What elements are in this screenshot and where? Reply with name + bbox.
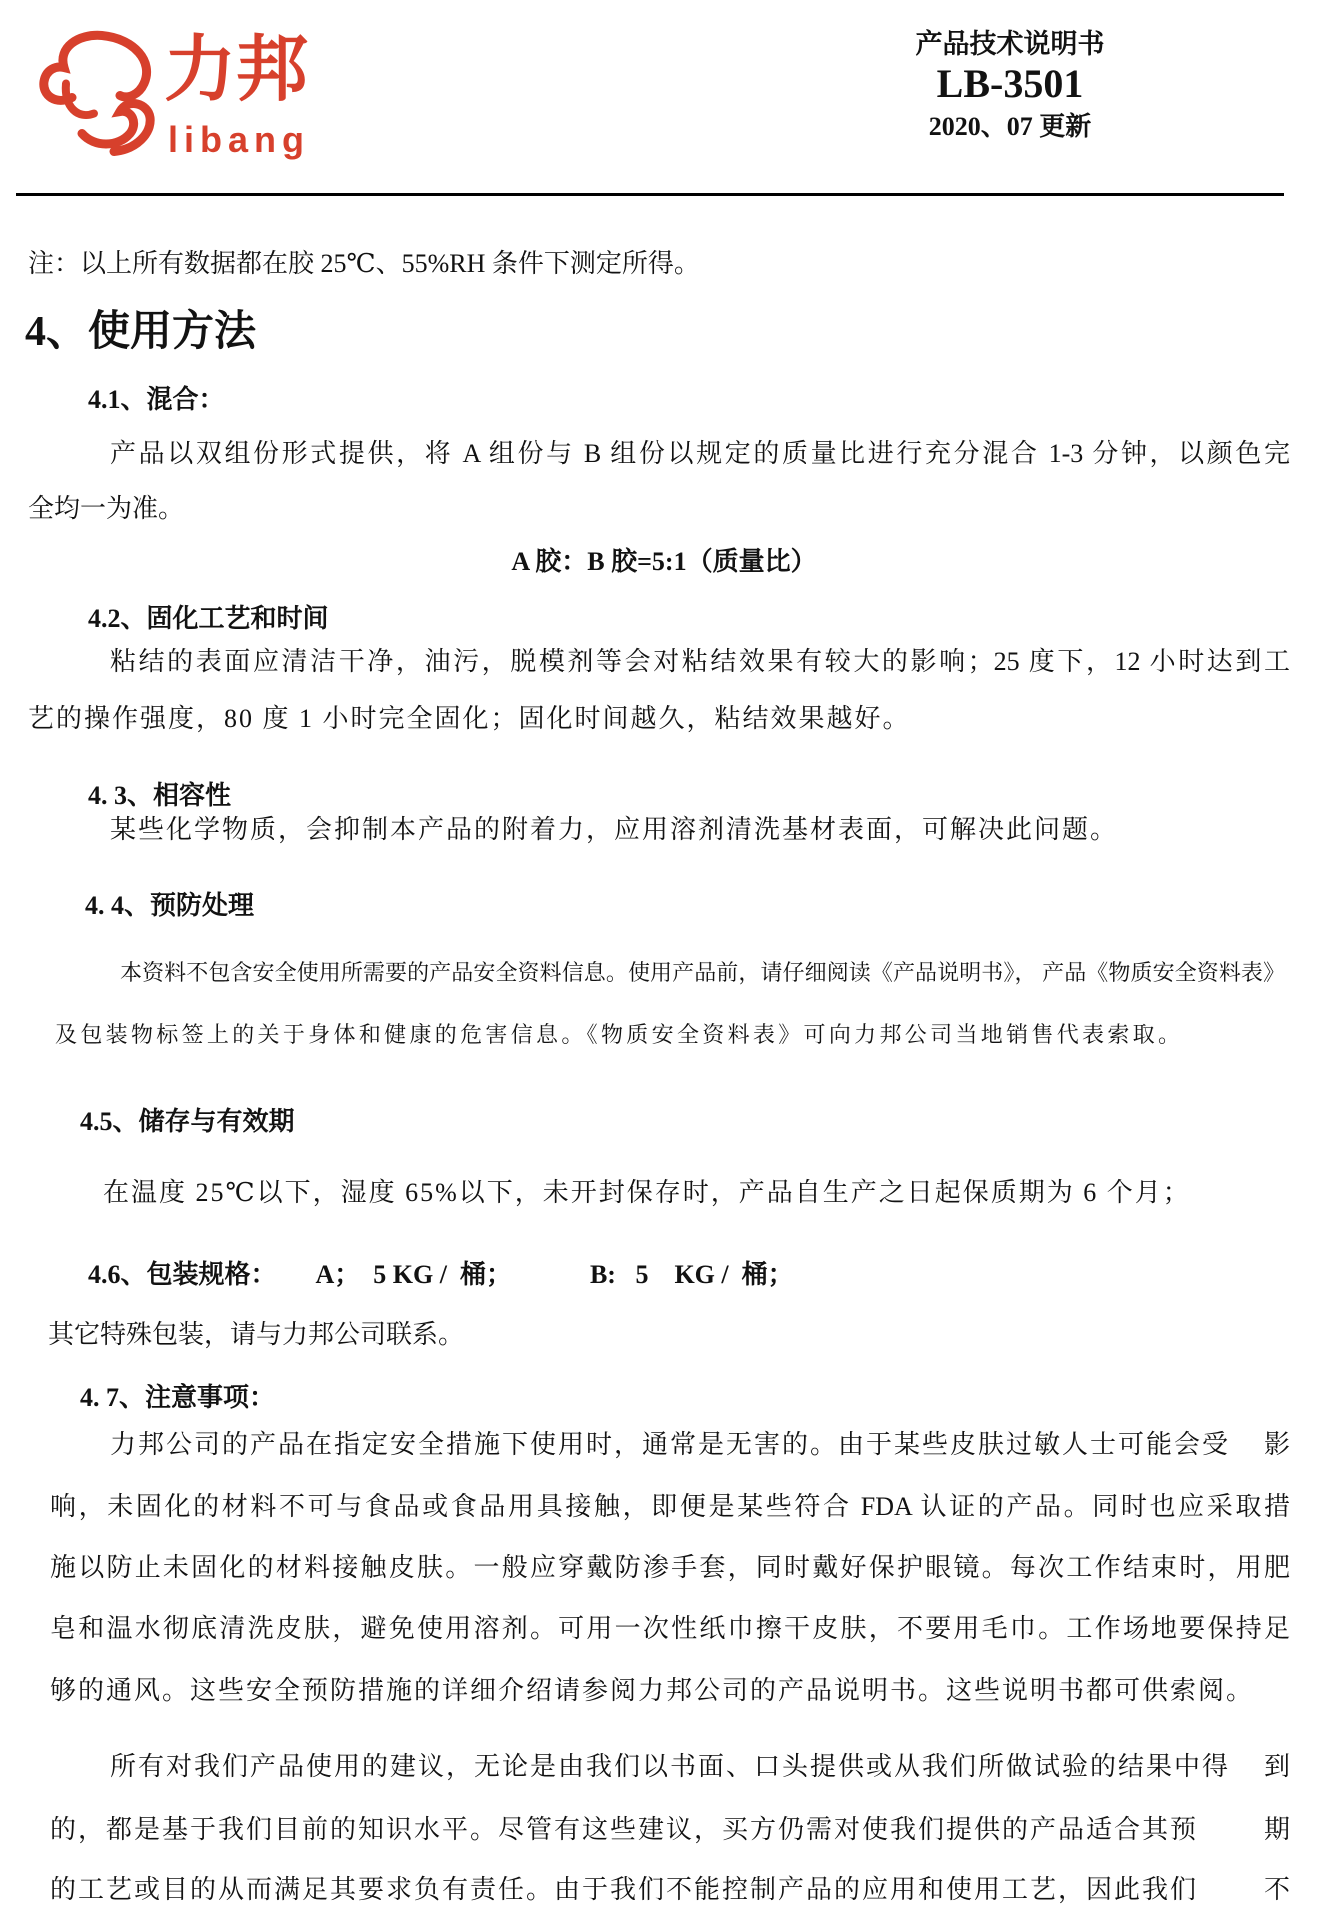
para-4-7-line1-tail: 影 (1264, 1428, 1290, 1462)
para-4-7-line1: 力邦公司的产品在指定安全措施下使用时，通常是无害的。由于某些皮肤过敏人士可能会受… (110, 1428, 1290, 1462)
heading-4-6-packaging: 4.6、包装规格： A； 5 KG / 桶； B: 5 KG / 桶； (88, 1258, 794, 1292)
para-4-4-line1: 本资料不包含安全使用所需要的产品安全资料信息。使用产品前，请仔细阅读《产品说明书… (120, 958, 1285, 988)
section-title: 4、使用方法 (25, 308, 256, 356)
model-number: LB-3501 (870, 60, 1150, 108)
heading-4-7: 4. 7、注意事项： (80, 1381, 275, 1415)
measurement-note: 注：以上所有数据都在胶 25℃、55%RH 条件下测定所得。 (28, 247, 700, 281)
closing-line1-text: 所有对我们产品使用的建议，无论是由我们以书面、口头提供或从我们所做试验的结果中得 (110, 1750, 1230, 1784)
para-4-5: 在温度 25℃以下，湿度 65%以下，未开封保存时，产品自生产之日起保质期为 6… (103, 1176, 1191, 1210)
para-4-7-line5: 够的通风。这些安全预防措施的详细介绍请参阅力邦公司的产品说明书。这些说明书都可供… (50, 1674, 1254, 1708)
revision-date: 2020、07 更新 (870, 110, 1150, 144)
mix-ratio-line: A 胶：B 胶=5:1（质量比） (0, 545, 1328, 579)
closing-line2: 的，都是基于我们目前的知识水平。尽管有这些建议，买方仍需对使我们提供的产品适合其… (50, 1813, 1290, 1847)
libang-swirl-icon (36, 26, 166, 166)
closing-line3-tail: 不 (1264, 1873, 1290, 1907)
para-4-4-line2: 及包装物标签上的关于身体和健康的危害信息。《物质安全资料表》可向力邦公司当地销售… (55, 1020, 1180, 1050)
closing-line2-tail: 期 (1264, 1813, 1290, 1847)
heading-4-2: 4.2、固化工艺和时间 (88, 602, 329, 636)
document-header: 产品技术说明书 LB-3501 2020、07 更新 (870, 28, 1150, 144)
closing-line3-text: 的工艺或目的从而满足其要求负有责任。由于我们不能控制产品的应用和使用工艺，因此我… (50, 1873, 1198, 1907)
heading-4-3: 4. 3、相容性 (88, 779, 231, 813)
para-4-1-line2: 全均一为准。 (28, 492, 184, 526)
heading-4-1: 4.1、混合： (88, 383, 225, 417)
logo-text-cn: 力邦 (164, 32, 308, 108)
para-4-2-line1: 粘结的表面应清洁干净，油污，脱模剂等会对粘结效果有较大的影响；25 度下，12 … (110, 645, 1290, 679)
para-4-2-line2: 艺的操作强度，80 度 1 小时完全固化；固化时间越久，粘结效果越好。 (28, 702, 911, 736)
heading-4-5: 4.5、储存与有效期 (80, 1105, 295, 1139)
para-4-6-note: 其它特殊包装，请与力邦公司联系。 (48, 1318, 464, 1352)
document-page: 力邦 libang 产品技术说明书 LB-3501 2020、07 更新 注：以… (0, 0, 1328, 1919)
logo-text-en: libang (168, 120, 310, 160)
para-4-7-line1-text: 力邦公司的产品在指定安全措施下使用时，通常是无害的。由于某些皮肤过敏人士可能会受 (110, 1428, 1230, 1462)
heading-4-4: 4. 4、预防处理 (85, 889, 254, 923)
doc-type: 产品技术说明书 (870, 28, 1150, 60)
closing-line1: 所有对我们产品使用的建议，无论是由我们以书面、口头提供或从我们所做试验的结果中得… (110, 1750, 1290, 1784)
closing-line1-tail: 到 (1264, 1750, 1290, 1784)
closing-line3: 的工艺或目的从而满足其要求负有责任。由于我们不能控制产品的应用和使用工艺，因此我… (50, 1873, 1290, 1907)
header-divider (16, 193, 1284, 196)
closing-line2-text: 的，都是基于我们目前的知识水平。尽管有这些建议，买方仍需对使我们提供的产品适合其… (50, 1813, 1198, 1847)
libang-logo: 力邦 libang (36, 24, 366, 174)
para-4-1-line1: 产品以双组份形式提供，将 A 组份与 B 组份以规定的质量比进行充分混合 1-3… (110, 437, 1290, 471)
para-4-7-line3: 施以防止未固化的材料接触皮肤。一般应穿戴防渗手套，同时戴好保护眼镜。每次工作结束… (50, 1551, 1290, 1585)
para-4-7-line4: 皂和温水彻底清洗皮肤，避免使用溶剂。可用一次性纸巾擦干皮肤，不要用毛巾。工作场地… (50, 1612, 1290, 1646)
para-4-3: 某些化学物质，会抑制本产品的附着力，应用溶剂清洗基材表面，可解决此问题。 (110, 813, 1118, 847)
para-4-7-line2: 响，未固化的材料不可与食品或食品用具接触，即便是某些符合 FDA 认证的产品。同… (50, 1490, 1290, 1524)
